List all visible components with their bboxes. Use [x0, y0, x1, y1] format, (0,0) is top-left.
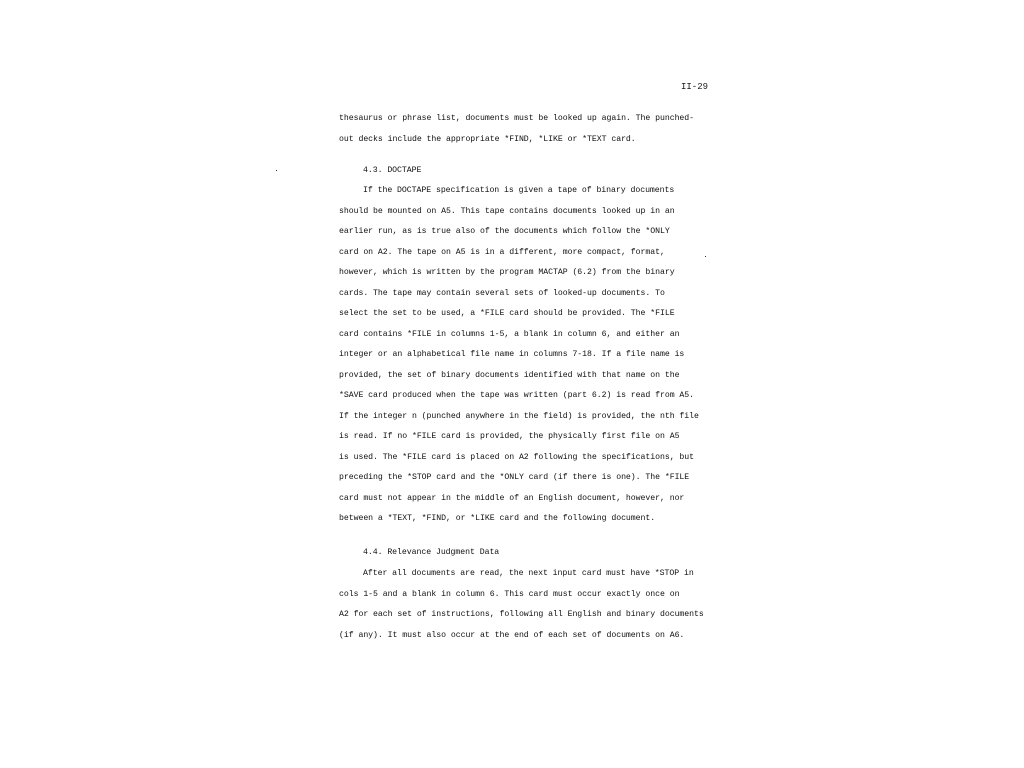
body-line: should be mounted on A5. This tape conta…: [339, 206, 675, 218]
body-line: card on A2. The tape on A5 is in a diffe…: [339, 247, 665, 259]
body-line: select the set to be used, a *FILE card …: [339, 308, 675, 320]
body-line: earlier run, as is true also of the docu…: [339, 226, 670, 238]
body-line: is read. If no *FILE card is provided, t…: [339, 431, 679, 443]
section-heading-doctape: 4.3. DOCTAPE: [363, 165, 421, 177]
document-body: thesaurus or phrase list, documents must…: [339, 113, 711, 653]
body-line: integer or an alphabetical file name in …: [339, 349, 684, 361]
body-line: however, which is written by the program…: [339, 267, 675, 279]
margin-speck: [276, 170, 277, 171]
body-line: preceding the *STOP card and the *ONLY c…: [339, 472, 689, 484]
page-number: II-29: [681, 82, 708, 92]
paragraph-start: If the DOCTAPE specification is given a …: [363, 185, 674, 197]
body-line: out decks include the appropriate *FIND,…: [339, 134, 636, 146]
body-line: thesaurus or phrase list, documents must…: [339, 113, 694, 125]
body-line: *SAVE card produced when the tape was wr…: [339, 390, 694, 402]
paragraph-start: After all documents are read, the next i…: [363, 568, 694, 580]
body-line: between a *TEXT, *FIND, or *LIKE card an…: [339, 513, 655, 525]
body-line: If the integer n (punched anywhere in th…: [339, 411, 699, 423]
body-line: cards. The tape may contain several sets…: [339, 288, 665, 300]
body-line: (if any). It must also occur at the end …: [339, 630, 684, 642]
section-heading-relevance: 4.4. Relevance Judgment Data: [363, 547, 499, 559]
body-line: card contains *FILE in columns 1-5, a bl…: [339, 329, 679, 341]
body-line: A2 for each set of instructions, followi…: [339, 609, 704, 621]
body-line: provided, the set of binary documents id…: [339, 370, 679, 382]
body-line: is used. The *FILE card is placed on A2 …: [339, 452, 694, 464]
body-line: cols 1-5 and a blank in column 6. This c…: [339, 589, 679, 601]
scanned-document-page: II-29 thesaurus or phrase list, document…: [0, 0, 1024, 768]
body-line: card must not appear in the middle of an…: [339, 493, 684, 505]
